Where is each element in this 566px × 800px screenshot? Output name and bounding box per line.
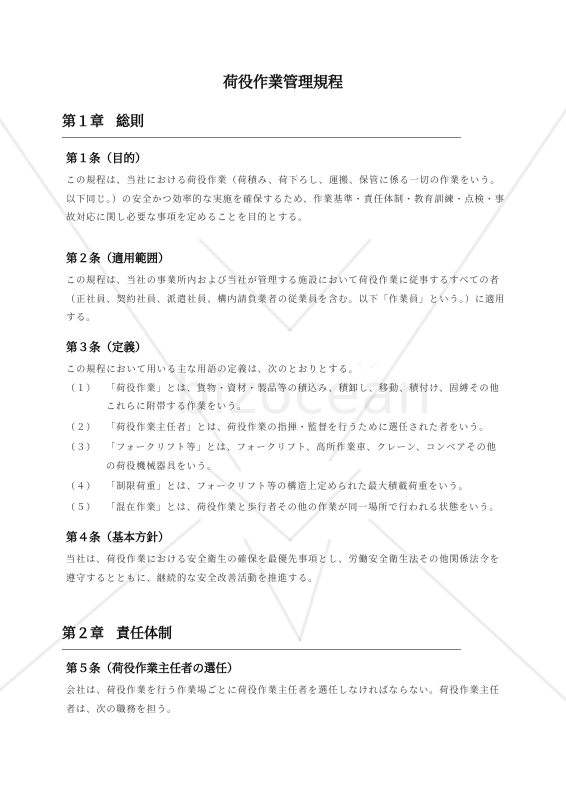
article-body: この規程において用いる主な用語の定義は、次のとおりとする。: [66, 361, 506, 380]
definition-item: （２）「荷役作業主任者」とは、荷役作業の指揮・監督を行うために選任された者をいう…: [66, 419, 506, 438]
definition-item: （４）「制限荷重」とは、フォークリフト等の構造上定められた最大積載荷重をいう。: [66, 478, 506, 497]
document-title: 荷役作業管理規程: [0, 71, 566, 92]
article-3: 第３条（定義） この規程において用いる主な用語の定義は、次のとおりとする。 （１…: [66, 339, 506, 519]
chapter-2-heading: 第２章責任体制: [62, 623, 461, 650]
article-body: この規程は、当社の事業所内および当社が管理する施設において荷役作業に従事するすべ…: [66, 272, 506, 328]
article-heading: 第５条（荷役作業主任者の選任）: [66, 660, 506, 676]
chapter-number: 第１章: [62, 114, 104, 130]
definition-item: （５）「混在作業」とは、荷役作業と歩行者その他の作業が同一場所で行われる状態をい…: [66, 499, 506, 518]
item-index: （５）: [66, 499, 106, 518]
chapter-title: 責任体制: [116, 626, 172, 642]
article-body: この規程は、当社における荷役作業（荷積み、荷下ろし、運搬、保管に係る一切の作業を…: [66, 172, 506, 228]
document-page: 荷役作業管理規程 第１章総則 第１条（目的） この規程は、当社における荷役作業（…: [0, 0, 566, 800]
article-heading: 第２条（適用範囲）: [66, 250, 506, 266]
item-index: （４）: [66, 478, 106, 497]
article-5: 第５条（荷役作業主任者の選任） 会社は、荷役作業を行う作業場ごとに荷役作業主任者…: [66, 660, 506, 719]
item-text: 「混在作業」とは、荷役作業と歩行者その他の作業が同一場所で行われる状態をいう。: [106, 502, 499, 513]
item-text: 「荷役作業」とは、貨物・資材・製品等の積込み、積卸し、移動、積付け、固縛その他こ…: [106, 383, 500, 413]
article-4: 第４条（基本方針） 当社は、荷役作業における安全衛生の確保を最優先事項とし、労働…: [66, 529, 506, 588]
article-heading: 第３条（定義）: [66, 339, 506, 355]
item-index: （２）: [66, 419, 106, 438]
item-text: 「制限荷重」とは、フォークリフト等の構造上定められた最大積載荷重をいう。: [106, 481, 469, 492]
item-text: 「荷役作業主任者」とは、荷役作業の指揮・監督を行うために選任された者をいう。: [106, 422, 489, 433]
chapter-1-heading: 第１章総則: [62, 111, 461, 138]
chapter-title: 総則: [116, 114, 144, 130]
article-heading: 第４条（基本方針）: [66, 529, 506, 545]
definition-item: （３）「フォークリフト等」とは、フォークリフト、高所作業車、クレーン、コンベアそ…: [66, 439, 506, 476]
item-index: （１）: [66, 380, 106, 399]
article-2: 第２条（適用範囲） この規程は、当社の事業所内および当社が管理する施設において荷…: [66, 250, 506, 328]
article-1: 第１条（目的） この規程は、当社における荷役作業（荷積み、荷下ろし、運搬、保管に…: [66, 150, 506, 228]
item-index: （３）: [66, 439, 106, 458]
item-text: 「フォークリフト等」とは、フォークリフト、高所作業車、クレーン、コンベアその他の…: [106, 442, 497, 472]
article-heading: 第１条（目的）: [66, 150, 506, 166]
article-body: 当社は、荷役作業における安全衛生の確保を最優先事項とし、労働安全衛生法その他関係…: [66, 551, 506, 588]
definition-list: （１）「荷役作業」とは、貨物・資材・製品等の積込み、積卸し、移動、積付け、固縛そ…: [66, 380, 506, 518]
article-body: 会社は、荷役作業を行う作業場ごとに荷役作業主任者を選任しなければならない。荷役作…: [66, 682, 506, 719]
chapter-number: 第２章: [62, 626, 104, 642]
definition-item: （１）「荷役作業」とは、貨物・資材・製品等の積込み、積卸し、移動、積付け、固縛そ…: [66, 380, 506, 417]
